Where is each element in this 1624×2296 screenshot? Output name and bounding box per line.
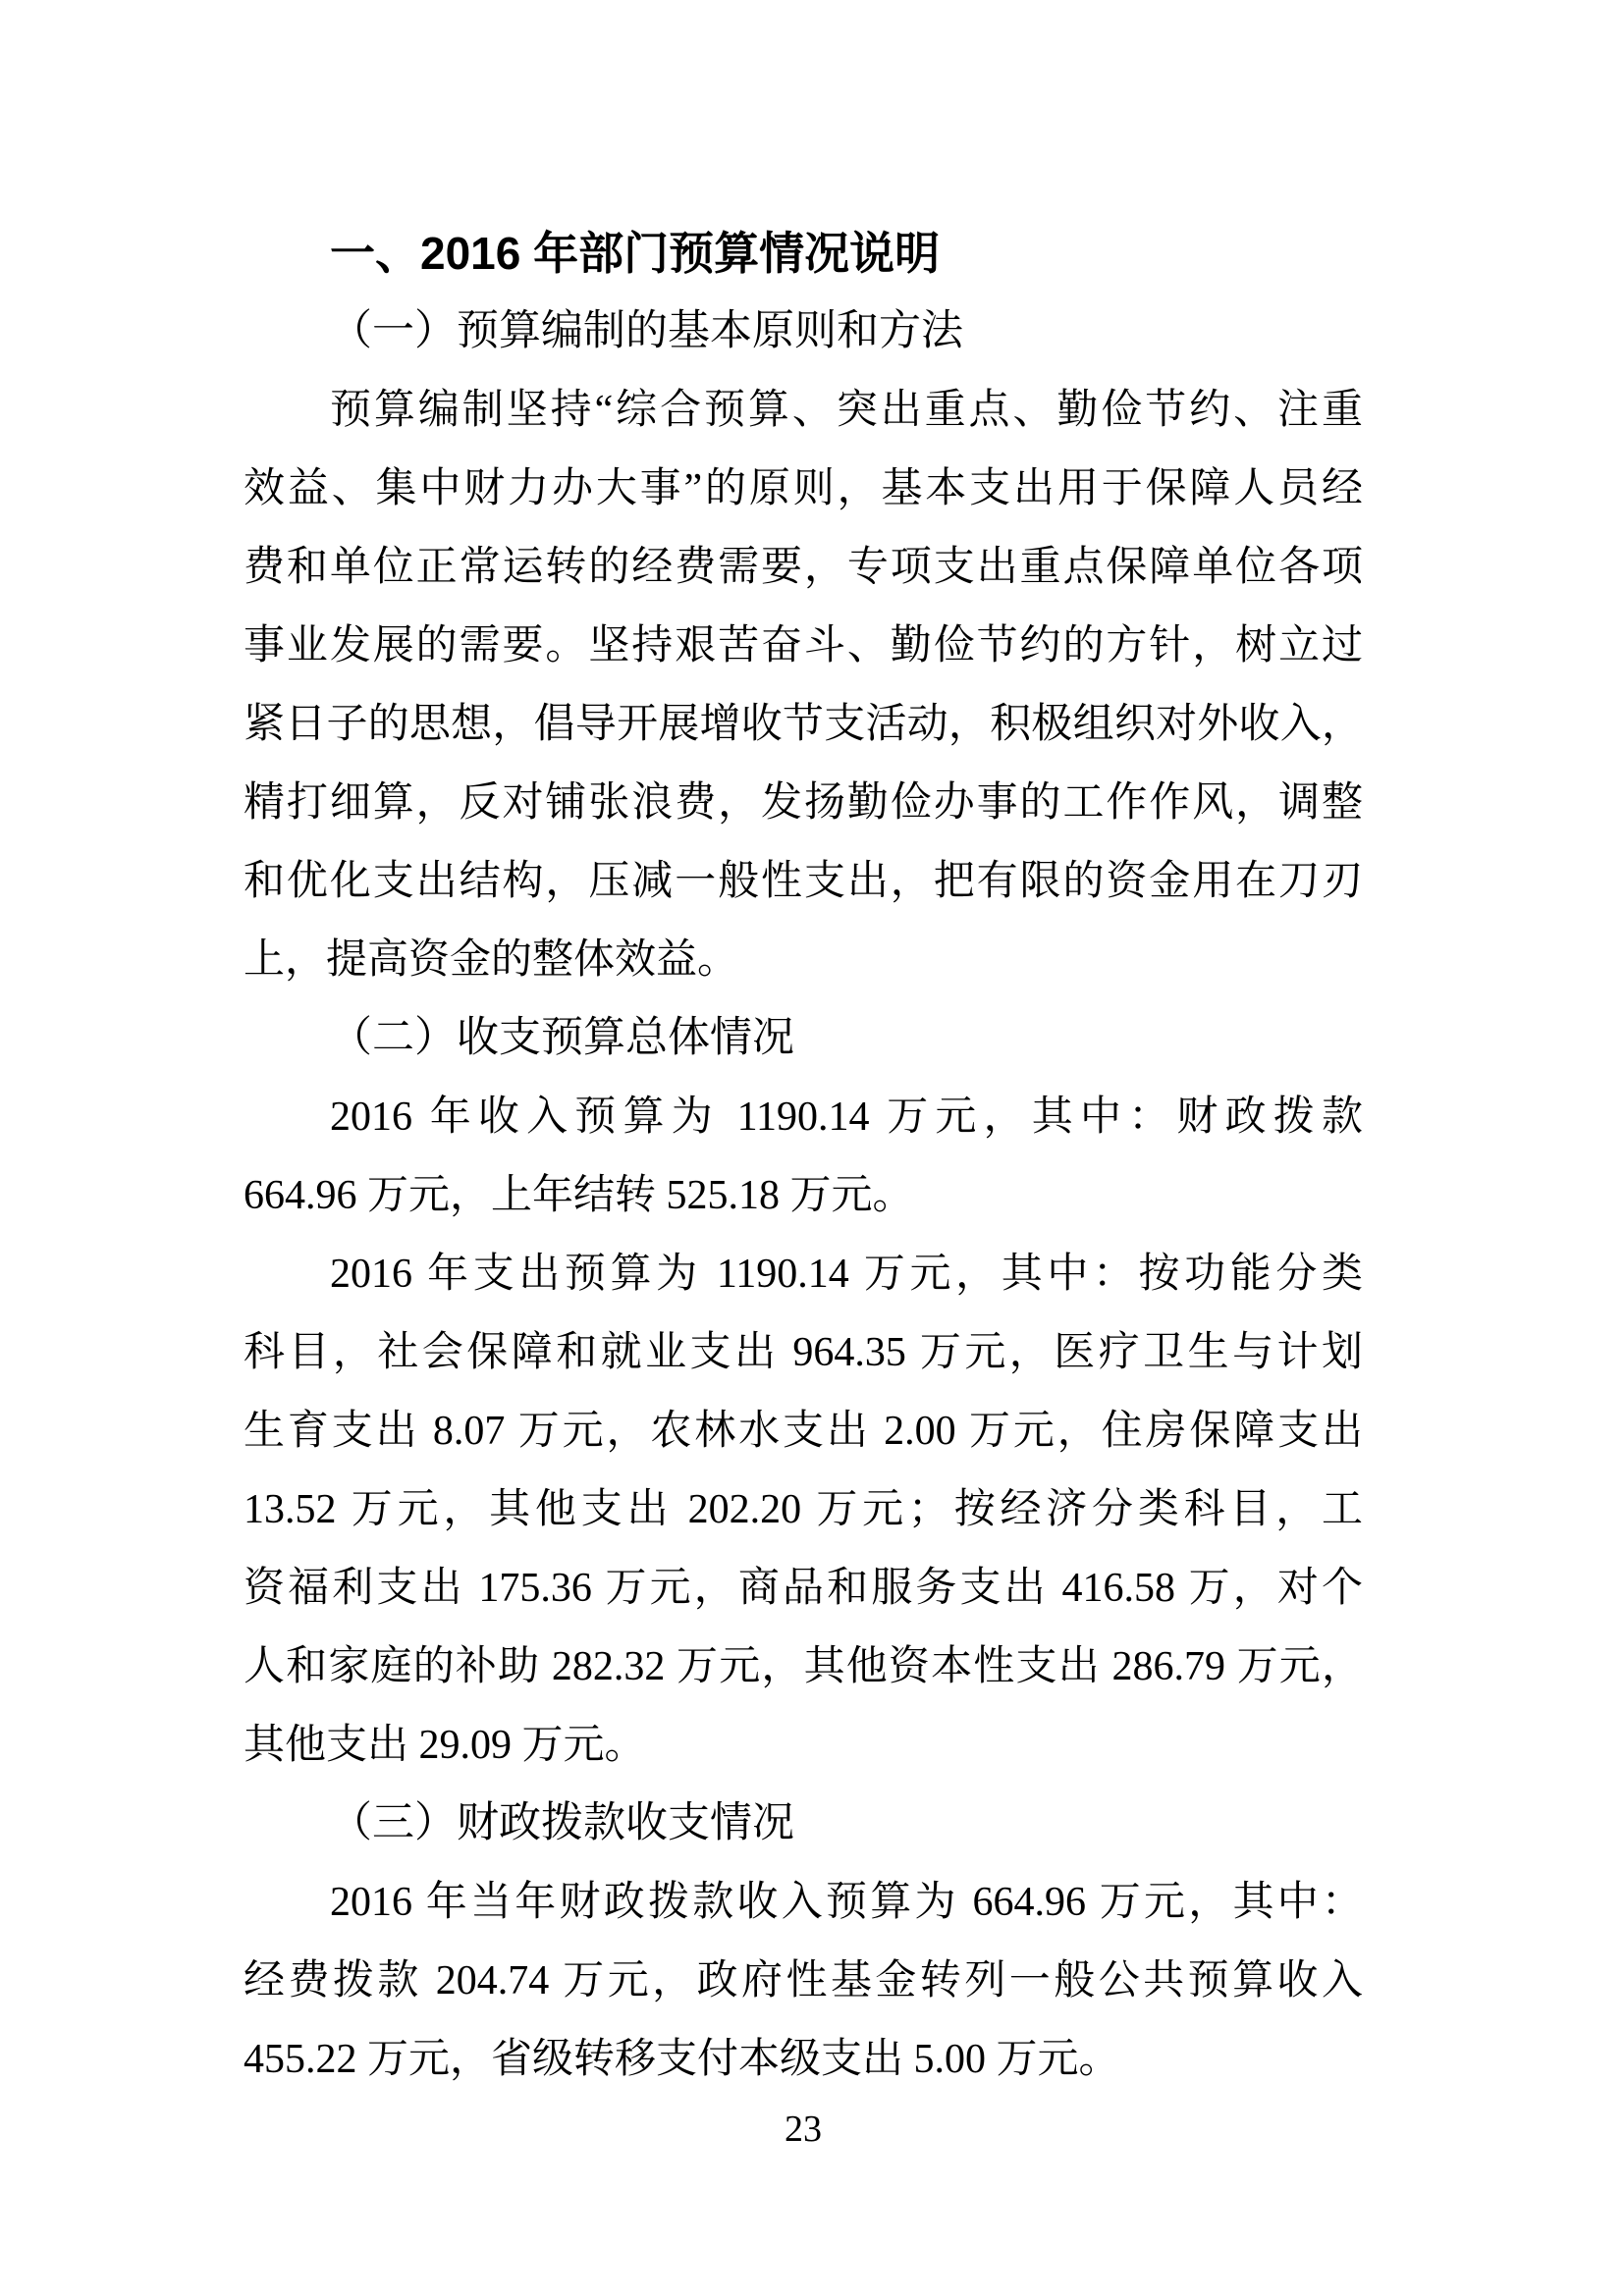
- section-1-heading: （一）预算编制的基本原则和方法: [244, 293, 1363, 371]
- paragraph-line: 精打细算，反对铺张浪费，发扬勤俭办事的工作作风，调整: [244, 764, 1363, 842]
- paragraph-last-line: 455.22 万元，省级转移支付本级支出 5.00 万元。: [244, 2020, 1363, 2099]
- paragraph-last-line: 上，提高资金的整体效益。: [244, 921, 1363, 999]
- paragraph-line: 生育支出 8.07 万元，农林水支出 2.00 万元，住房保障支出: [244, 1392, 1363, 1470]
- paragraph-line: 2016 年收入预算为 1190.14 万元，其中：财政拨款: [244, 1078, 1363, 1156]
- paragraph-line: 事业发展的需要。坚持艰苦奋斗、勤俭节约的方针，树立过: [244, 607, 1363, 685]
- paragraph-line: 人和家庭的补助 282.32 万元，其他资本性支出 286.79 万元，: [244, 1628, 1363, 1706]
- paragraph-line: 2016 年当年财政拨款收入预算为 664.96 万元，其中：: [244, 1863, 1363, 1942]
- document-title: 一、2016 年部门预算情况说明: [244, 214, 1363, 293]
- paragraph-line: 效益、集中财力办大事”的原则，基本支出用于保障人员经: [244, 450, 1363, 528]
- paragraph-line: 科目，社会保障和就业支出 964.35 万元，医疗卫生与计划: [244, 1313, 1363, 1392]
- paragraph-line: 和优化支出结构，压减一般性支出，把有限的资金用在刀刃: [244, 842, 1363, 921]
- document-page: 一、2016 年部门预算情况说明 （一）预算编制的基本原则和方法 预算编制坚持“…: [0, 0, 1624, 2296]
- paragraph-line: 费和单位正常运转的经费需要，专项支出重点保障单位各项: [244, 528, 1363, 607]
- paragraph-last-line: 其他支出 29.09 万元。: [244, 1706, 1363, 1785]
- paragraph-line: 资福利支出 175.36 万元，商品和服务支出 416.58 万，对个: [244, 1549, 1363, 1628]
- paragraph-line: 13.52 万元，其他支出 202.20 万元；按经济分类科目，工: [244, 1470, 1363, 1549]
- paragraph-line: 预算编制坚持“综合预算、突出重点、勤俭节约、注重: [244, 371, 1363, 450]
- paragraph-last-line: 664.96 万元，上年结转 525.18 万元。: [244, 1156, 1363, 1235]
- section-2-heading: （二）收支预算总体情况: [244, 999, 1363, 1078]
- section-3-heading: （三）财政拨款收支情况: [244, 1785, 1363, 1863]
- paragraph-line: 2016 年支出预算为 1190.14 万元，其中：按功能分类: [244, 1235, 1363, 1313]
- page-number: 23: [244, 2099, 1363, 2160]
- document-content: 一、2016 年部门预算情况说明 （一）预算编制的基本原则和方法 预算编制坚持“…: [244, 214, 1363, 2160]
- paragraph-line: 经费拨款 204.74 万元，政府性基金转列一般公共预算收入: [244, 1942, 1363, 2020]
- paragraph-line: 紧日子的思想，倡导开展增收节支活动，积极组织对外收入，: [244, 685, 1363, 764]
